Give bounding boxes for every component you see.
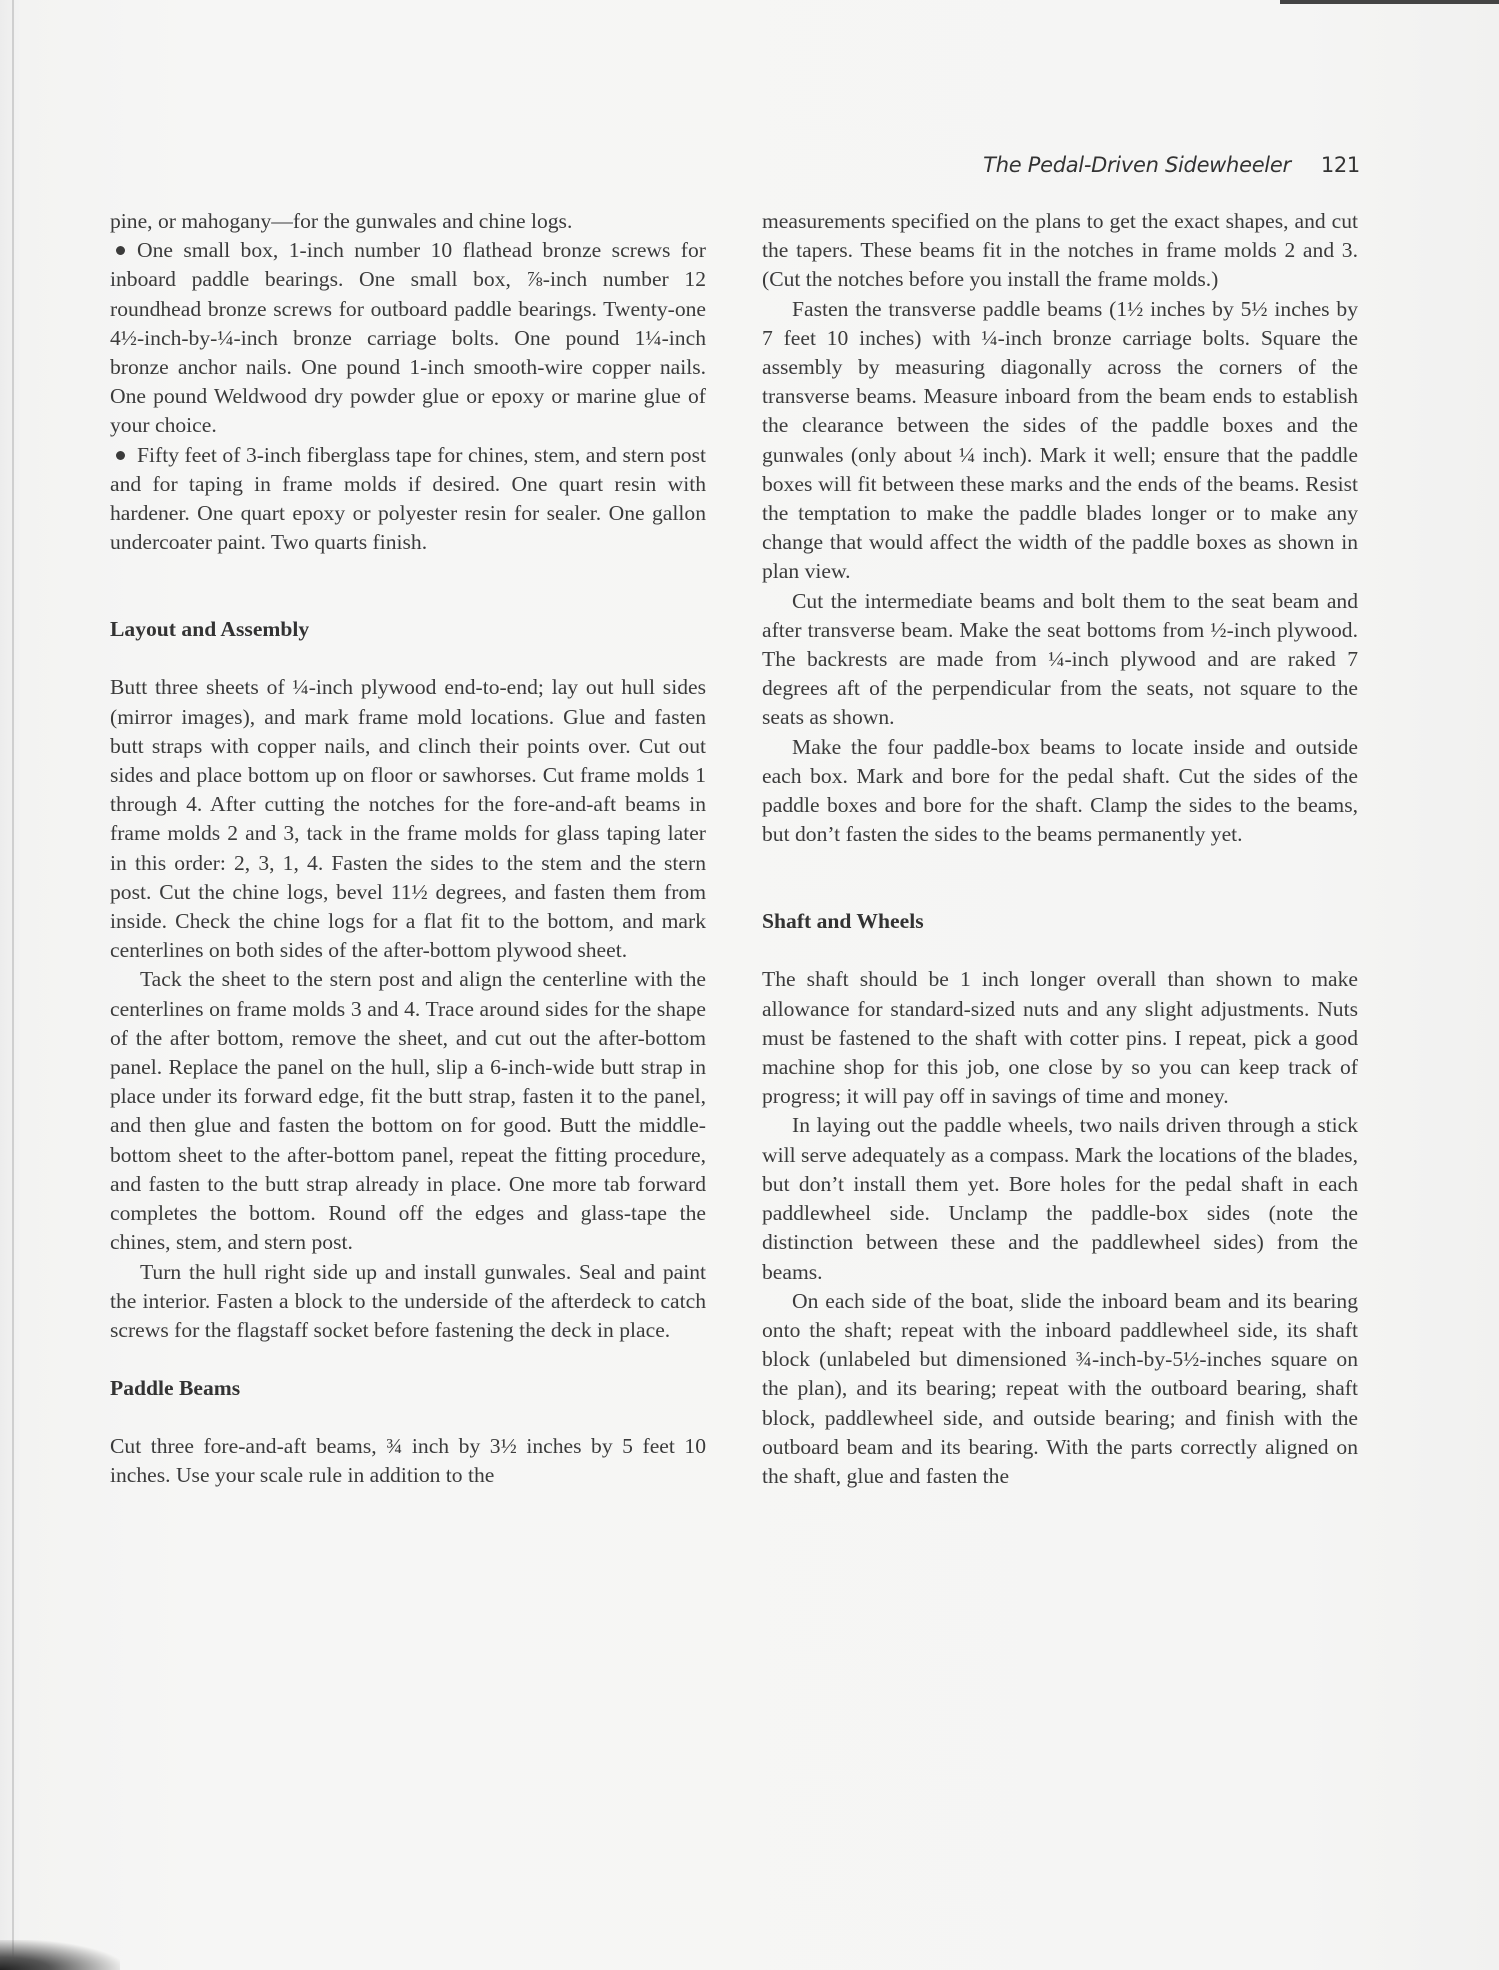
spacer <box>110 557 706 615</box>
book-page: The Pedal-Driven Sidewheeler 121 pine, o… <box>0 0 1499 1970</box>
paragraph: Make the four paddle-box beams to locate… <box>762 733 1358 850</box>
page-number: 121 <box>1321 153 1360 177</box>
paragraph: The shaft should be 1 inch longer overal… <box>762 965 1358 1111</box>
paragraph: Turn the hull right side up and install … <box>110 1258 706 1346</box>
scan-corner-shadow <box>0 1940 120 1970</box>
right-column: measurements specified on the plans to g… <box>762 207 1358 1491</box>
section-heading-shaft-wheels: Shaft and Wheels <box>762 907 1358 936</box>
paragraph: Tack the sheet to the stern post and ali… <box>110 965 706 1257</box>
paragraph: Fasten the transverse paddle beams (1½ i… <box>762 295 1358 587</box>
spacer <box>762 849 1358 907</box>
paragraph: In laying out the paddle wheels, two nai… <box>762 1111 1358 1286</box>
section-heading-layout: Layout and Assembly <box>110 615 706 644</box>
left-column: pine, or mahogany—for the gunwales and c… <box>110 207 706 1491</box>
materials-continued: pine, or mahogany—for the gunwales and c… <box>110 207 706 236</box>
running-head-title: The Pedal-Driven Sidewheeler <box>983 153 1291 177</box>
paragraph: measurements specified on the plans to g… <box>762 207 1358 295</box>
bullet-icon <box>116 451 125 460</box>
spacer <box>762 936 1358 965</box>
bullet-item-fiberglass: Fifty feet of 3-inch fiberglass tape for… <box>110 441 706 558</box>
spacer <box>110 1345 706 1374</box>
bullet-text: One small box, 1-inch number 10 flathead… <box>110 238 706 437</box>
paragraph: On each side of the boat, slide the inbo… <box>762 1287 1358 1491</box>
page-gutter-line <box>12 0 14 1970</box>
paragraph: Butt three sheets of ¼-inch plywood end-… <box>110 673 706 965</box>
paragraph: Cut three fore-and-aft beams, ¾ inch by … <box>110 1432 706 1490</box>
bullet-icon <box>116 246 125 255</box>
paragraph: Cut the intermediate beams and bolt them… <box>762 587 1358 733</box>
section-heading-paddle-beams: Paddle Beams <box>110 1374 706 1403</box>
spacer <box>110 1403 706 1432</box>
bullet-text: Fifty feet of 3-inch fiberglass tape for… <box>110 443 706 555</box>
scan-top-edge <box>1280 0 1499 4</box>
running-head: The Pedal-Driven Sidewheeler 121 <box>930 153 1360 177</box>
spacer <box>110 644 706 673</box>
bullet-item-screws: One small box, 1-inch number 10 flathead… <box>110 236 706 440</box>
